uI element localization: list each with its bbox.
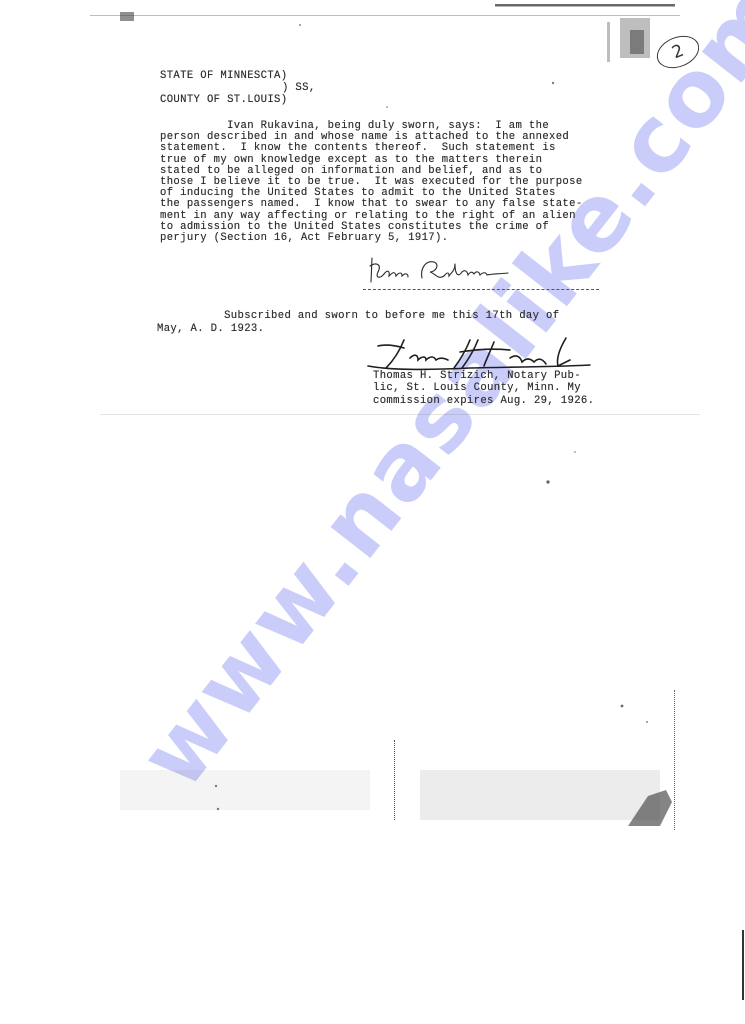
affidavit-line: perjury (Section 16, Act February 5, 191… [160,232,448,244]
venue-ss: ) SS, [282,83,316,94]
affiant-signature-line [363,289,599,290]
scan-edge [742,930,744,1000]
venue-state-line: STATE OF MINNESCTA) [160,70,287,82]
affidavit-line: ment in any way affecting or relating to… [160,210,576,222]
scan-fold-mark [394,740,395,820]
scan-noise-top [0,0,745,110]
affiant-signature: Ivan Rukavina [360,252,610,292]
notary-line: Thomas H. Strizich, Notary Pub- [373,370,581,382]
scan-noise-bottom [0,400,745,840]
affidavit-line: the passengers named. I know that to swe… [160,198,583,210]
notary-line: commission expires Aug. 29, 1926. [373,395,594,407]
venue-block: STATE OF MINNESCTA) COUNTY OF ST.LOUIS) [160,70,287,106]
affidavit-line: stated to be alleged on information and … [160,165,542,177]
affidavit-line: true of my own knowledge except as to th… [160,154,542,166]
page-number-circle: 2 [652,30,704,74]
jurat-line: May, A. D. 1923. [157,323,264,335]
notary-block: Thomas H. Strizich, Notary Pub- lic, St.… [373,370,594,407]
scan-margin-rule [674,690,675,830]
jurat-line: Subscribed and sworn to before me this 1… [157,310,559,322]
notary-line: lic, St. Louis County, Minn. My [373,382,581,394]
scanned-document-page: www.nasalike.com 2 STATE OF MINNESCTA) C… [0,0,745,1024]
venue-county-line: COUNTY OF ST.LOUIS) [160,94,287,106]
affidavit-body: Ivan Rukavina, being duly sworn, says: I… [160,121,583,244]
affidavit-line: statement. I know the contents thereof. … [160,142,556,154]
jurat-block: Subscribed and sworn to before me this 1… [157,310,559,335]
